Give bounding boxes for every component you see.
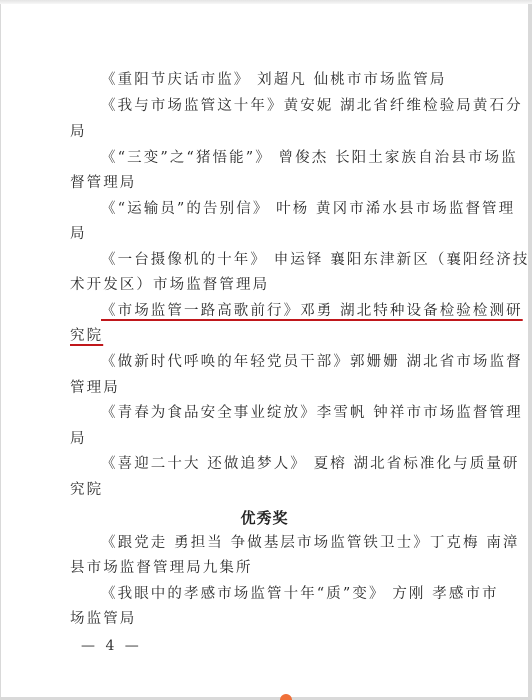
entry-line-continuation: 局 <box>70 224 87 244</box>
page-number: — 4 — <box>81 638 142 654</box>
entry-line: 《“运输员”的告别信》 叶杨 黄冈市浠水县市场监督管理 <box>101 199 515 219</box>
section-heading: 优秀奖 <box>1 507 528 528</box>
entry-line: 《喜迎二十大 还做追梦人》 夏榕 湖北省标准化与质量研 <box>101 454 520 474</box>
entry-line: 《青春为食品安全事业绽放》李雪帆 钟祥市市场监督管理 <box>101 403 523 423</box>
entry-line: 《跟党走 勇担当 争做基层市场监管铁卫士》丁克梅 南漳 <box>101 533 520 553</box>
document-page: 《重阳节庆话市监》 刘超凡 仙桃市市场监管局 《我与市场监管这十年》黄安妮 湖北… <box>1 4 528 697</box>
entry-line: 《做新时代呼唤的年轻党员干部》郭姗姗 湖北省市场监督 <box>101 352 523 372</box>
entry-line: 《一台摄像机的十年》 申运铎 襄阳东津新区（襄阳经济技 <box>101 250 529 270</box>
entry-line-continuation: 局 <box>70 429 87 449</box>
entry-line-continuation: 局 <box>70 122 87 142</box>
entry-line: 《我与市场监管这十年》黄安妮 湖北省纤维检验局黄石分 <box>101 96 523 116</box>
entry-line-continuation: 究院 <box>70 480 103 500</box>
floating-button-edge[interactable] <box>280 694 292 700</box>
entry-line: 《我眼中的孝感市场监管十年“质”变》 方刚 孝感市市 <box>101 584 499 604</box>
entry-line: 《“三变”之“猪悟能”》 曾俊杰 长阳土家族自治县市场监 <box>101 148 518 168</box>
entry-line-continuation: 县市场监督管理局九集所 <box>70 558 253 578</box>
entry-line-continuation: 术开发区）市场监督管理局 <box>70 275 269 295</box>
entry-line-continuation: 场监管局 <box>70 609 136 629</box>
entry-line: 《重阳节庆话市监》 刘超凡 仙桃市市场监管局 <box>101 70 446 90</box>
entry-line-continuation: 管理局 <box>70 378 120 398</box>
entry-line-continuation: 督管理局 <box>70 173 136 193</box>
highlighted-entry-continuation: 究院 <box>70 326 103 346</box>
highlighted-entry-line: 《市场监管一路高歌前行》邓勇 湖北特种设备检验检测研 <box>101 301 523 321</box>
